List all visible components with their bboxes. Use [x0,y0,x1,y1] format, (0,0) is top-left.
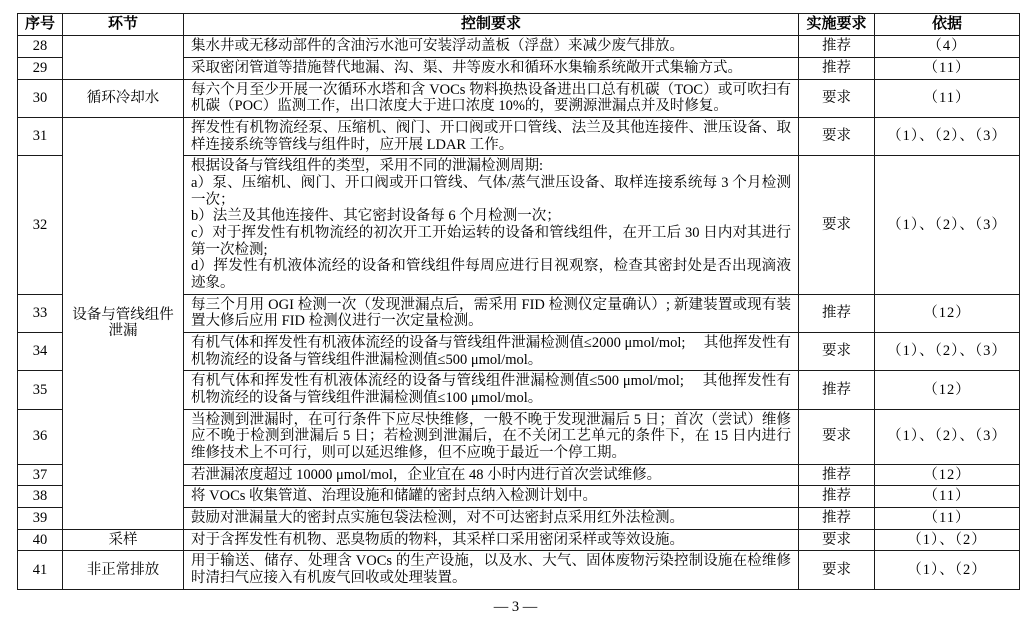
cell-control-requirement: 集水井或无移动部件的含油污水池可安装浮动盖板（浮盘）来减少废气排放。 [184,36,799,58]
column-header: 序号 [18,14,63,36]
cell-seq-number: 37 [18,464,63,486]
table-header-row: 序号环节控制要求实施要求依据 [18,14,1020,36]
cell-stage: 非正常排放 [63,551,184,589]
cell-seq-number: 31 [18,117,63,155]
cell-implementation-requirement: 要求 [799,117,875,155]
column-header: 控制要求 [184,14,799,36]
cell-seq-number: 30 [18,79,63,117]
table-row: 28集水井或无移动部件的含油污水池可安装浮动盖板（浮盘）来减少废气排放。推荐（4… [18,36,1020,58]
cell-control-requirement: 挥发性有机物流经泵、压缩机、阀门、开口阀或开口管线、法兰及其他连接件、泄压设备、… [184,117,799,155]
cell-implementation-requirement: 要求 [799,333,875,371]
cell-seq-number: 34 [18,333,63,371]
cell-control-requirement: 用于输送、储存、处理含 VOCs 的生产设施，以及水、大气、固体废物污染控制设施… [184,551,799,589]
cell-stage [63,36,184,79]
cell-control-requirement: 当检测到泄漏时，在可行条件下应尽快维修，一般不晚于发现泄漏后 5 日；首次（尝试… [184,409,799,464]
cell-control-requirement: 有机气体和挥发性有机液体流经的设备与管线组件泄漏检测值≤2000 μmol/mo… [184,333,799,371]
cell-basis: （12） [875,371,1020,409]
cell-control-requirement: 每三个月用 OGI 检测一次（发现泄漏点后，需采用 FID 检测仪定量确认）; … [184,294,799,332]
cell-implementation-requirement: 推荐 [799,36,875,58]
column-header: 实施要求 [799,14,875,36]
table-row: 40采样对于含挥发性有机物、恶臭物质的物料，其采样口采用密闭采样或等效设施。要求… [18,529,1020,551]
cell-basis: （1）、（2）、（3） [875,333,1020,371]
cell-control-requirement: 对于含挥发性有机物、恶臭物质的物料，其采样口采用密闭采样或等效设施。 [184,529,799,551]
cell-seq-number: 35 [18,371,63,409]
cell-control-requirement: 每六个月至少开展一次循环水塔和含 VOCs 物料换热设备进出口总有机碳（TOC）… [184,79,799,117]
cell-control-requirement: 根据设备与管线组件的类型，采用不同的泄漏检测周期: a）泵、压缩机、阀门、开口阀… [184,156,799,294]
cell-implementation-requirement: 推荐 [799,371,875,409]
cell-seq-number: 36 [18,409,63,464]
cell-basis: （12） [875,294,1020,332]
cell-basis: （1）、（2）、（3） [875,156,1020,294]
cell-basis: （12） [875,464,1020,486]
cell-basis: （1）、（2） [875,529,1020,551]
cell-basis: （1）、（2）、（3） [875,409,1020,464]
cell-basis: （11） [875,486,1020,508]
column-header: 环节 [63,14,184,36]
voc-control-requirements-table: 序号环节控制要求实施要求依据 28集水井或无移动部件的含油污水池可安装浮动盖板（… [17,13,1020,590]
cell-stage: 设备与管线组件泄漏 [63,117,184,529]
cell-implementation-requirement: 要求 [799,156,875,294]
cell-implementation-requirement: 推荐 [799,486,875,508]
cell-implementation-requirement: 要求 [799,79,875,117]
cell-implementation-requirement: 要求 [799,529,875,551]
document-page: 序号环节控制要求实施要求依据 28集水井或无移动部件的含油污水池可安装浮动盖板（… [0,0,1031,621]
table-row: 31设备与管线组件泄漏挥发性有机物流经泵、压缩机、阀门、开口阀或开口管线、法兰及… [18,117,1020,155]
cell-seq-number: 40 [18,529,63,551]
cell-basis: （11） [875,57,1020,79]
cell-implementation-requirement: 推荐 [799,464,875,486]
cell-basis: （11） [875,508,1020,530]
page-number: — 3 — [0,599,1031,616]
cell-implementation-requirement: 推荐 [799,294,875,332]
cell-control-requirement: 若泄漏浓度超过 10000 μmol/mol，企业宜在 48 小时内进行首次尝试… [184,464,799,486]
cell-seq-number: 32 [18,156,63,294]
cell-seq-number: 29 [18,57,63,79]
table-row: 41非正常排放用于输送、储存、处理含 VOCs 的生产设施，以及水、大气、固体废… [18,551,1020,589]
cell-basis: （1）、（2） [875,551,1020,589]
cell-seq-number: 33 [18,294,63,332]
cell-seq-number: 38 [18,486,63,508]
cell-seq-number: 39 [18,508,63,530]
cell-basis: （4） [875,36,1020,58]
cell-basis: （11） [875,79,1020,117]
cell-basis: （1）、（2）、（3） [875,117,1020,155]
cell-control-requirement: 将 VOCs 收集管道、治理设施和储罐的密封点纳入检测计划中。 [184,486,799,508]
column-header: 依据 [875,14,1020,36]
cell-implementation-requirement: 要求 [799,551,875,589]
cell-stage: 循环冷却水 [63,79,184,117]
cell-seq-number: 28 [18,36,63,58]
cell-control-requirement: 采取密闭管道等措施替代地漏、沟、渠、井等废水和循环水集输系统敞开式集输方式。 [184,57,799,79]
cell-stage: 采样 [63,529,184,551]
cell-control-requirement: 有机气体和挥发性有机液体流经的设备与管线组件泄漏检测值≤500 μmol/mol… [184,371,799,409]
cell-implementation-requirement: 推荐 [799,508,875,530]
cell-implementation-requirement: 要求 [799,409,875,464]
table-row: 30循环冷却水每六个月至少开展一次循环水塔和含 VOCs 物料换热设备进出口总有… [18,79,1020,117]
cell-seq-number: 41 [18,551,63,589]
cell-control-requirement: 鼓励对泄漏量大的密封点实施包袋法检测，对不可达密封点采用红外法检测。 [184,508,799,530]
cell-implementation-requirement: 推荐 [799,57,875,79]
